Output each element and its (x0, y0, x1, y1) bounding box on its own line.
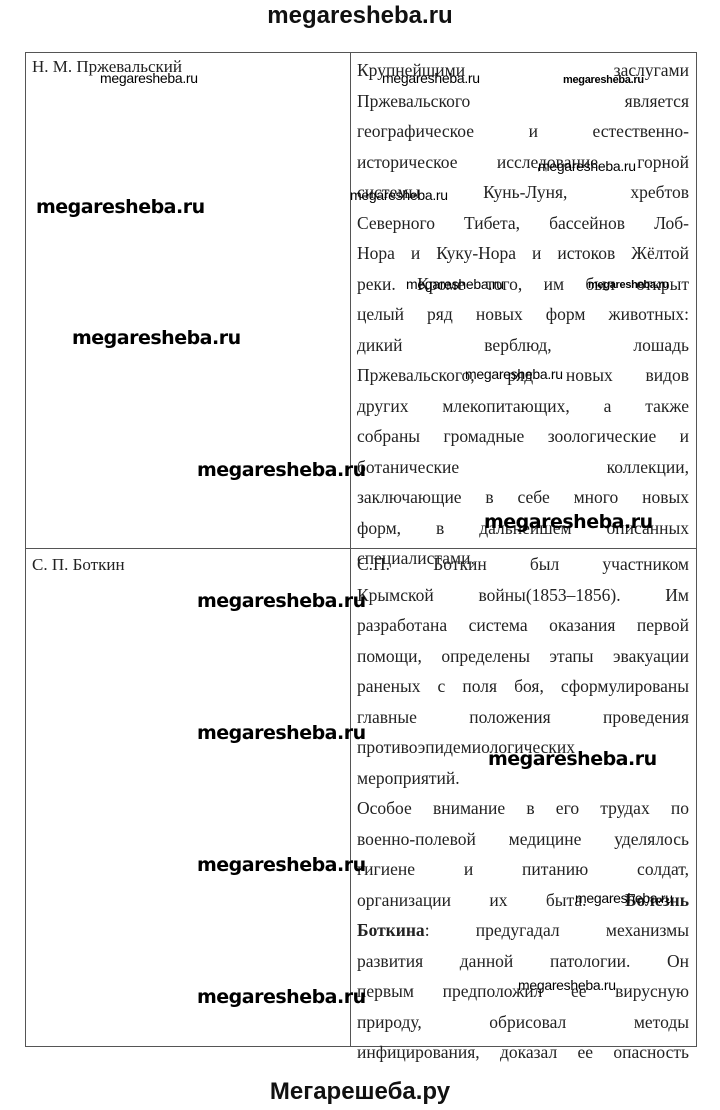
site-footer: Мегарешеба.ру (0, 1075, 720, 1110)
text-line: раненых с поля боя, сформулированы (357, 671, 689, 702)
text-line: целый ряд новых форм животных: (357, 299, 689, 330)
text-line: Пржевальского является (357, 86, 689, 117)
text-line: дикий верблюд, лошадь (357, 330, 689, 361)
watermark: megaresheba.ru (100, 70, 198, 86)
text-line: историческое исследование горной (357, 147, 689, 178)
watermark: megaresheba.ru (518, 977, 616, 993)
text-line: военно-полевой медицине уделялось (357, 824, 689, 855)
watermark: megaresheba.ru (465, 366, 563, 382)
text-line: географическое и естественно- (357, 116, 689, 147)
text-line: главные положения проведения (357, 702, 689, 733)
watermark: megaresheba.ru (575, 890, 673, 906)
watermark: megaresheba.ru (197, 986, 366, 1008)
watermark: megaresheba.ru (350, 187, 448, 203)
text-line: гигиене и питанию солдат, (357, 854, 689, 885)
text-line: инфицирования, доказал ее опасность (357, 1037, 689, 1068)
text-line: Боткина: предугадал механизмы (357, 915, 689, 946)
watermark: megaresheba.ru (563, 74, 644, 86)
text-line: С.П. Боткин был участником (357, 549, 689, 580)
text-fragment: : предугадал механизмы (425, 920, 689, 940)
watermark: megaresheba.ru (382, 70, 480, 86)
text-line: Северного Тибета, бассейнов Лоб- (357, 208, 689, 239)
watermark: megaresheba.ru (197, 854, 366, 876)
watermark: megaresheba.ru (197, 459, 366, 481)
text-line: развития данной патологии. Он (357, 946, 689, 977)
watermark: megaresheba.ru (538, 158, 636, 174)
text-line: Особое внимание в его трудах по (357, 793, 689, 824)
watermark: megaresheba.ru (197, 590, 366, 612)
watermark: megaresheba.ru (488, 748, 657, 770)
text-line: помощи, определены этапы эвакуации (357, 641, 689, 672)
watermark: megaresheba.ru (588, 279, 669, 291)
text-line: Нора и Куку-Нора и истоков Жёлтой (357, 238, 689, 269)
text-line: ботанические коллекции, (357, 452, 689, 483)
row-2-name: С. П. Боткин (32, 555, 125, 575)
row-1-text: Крупнейшими заслугами Пржевальского явля… (357, 55, 689, 574)
watermark: megaresheba.ru (484, 511, 653, 533)
text-line: собраны громадные зоологические и (357, 421, 689, 452)
watermark: megaresheba.ru (197, 722, 366, 744)
text-line: Крымской войны(1853–1856). Им (357, 580, 689, 611)
text-line: разработана система оказания первой (357, 610, 689, 641)
text-line: других млекопитающих, а также (357, 391, 689, 422)
site-header: megaresheba.ru (0, 0, 720, 40)
text-line: заключающие в себе много новых (357, 482, 689, 513)
text-line: природу, обрисовал методы (357, 1007, 689, 1038)
watermark: megaresheba.ru (36, 196, 205, 218)
watermark: megaresheba.ru (72, 327, 241, 349)
bold-term: Боткина (357, 920, 425, 940)
watermark: megaresheba.ru (406, 276, 504, 292)
